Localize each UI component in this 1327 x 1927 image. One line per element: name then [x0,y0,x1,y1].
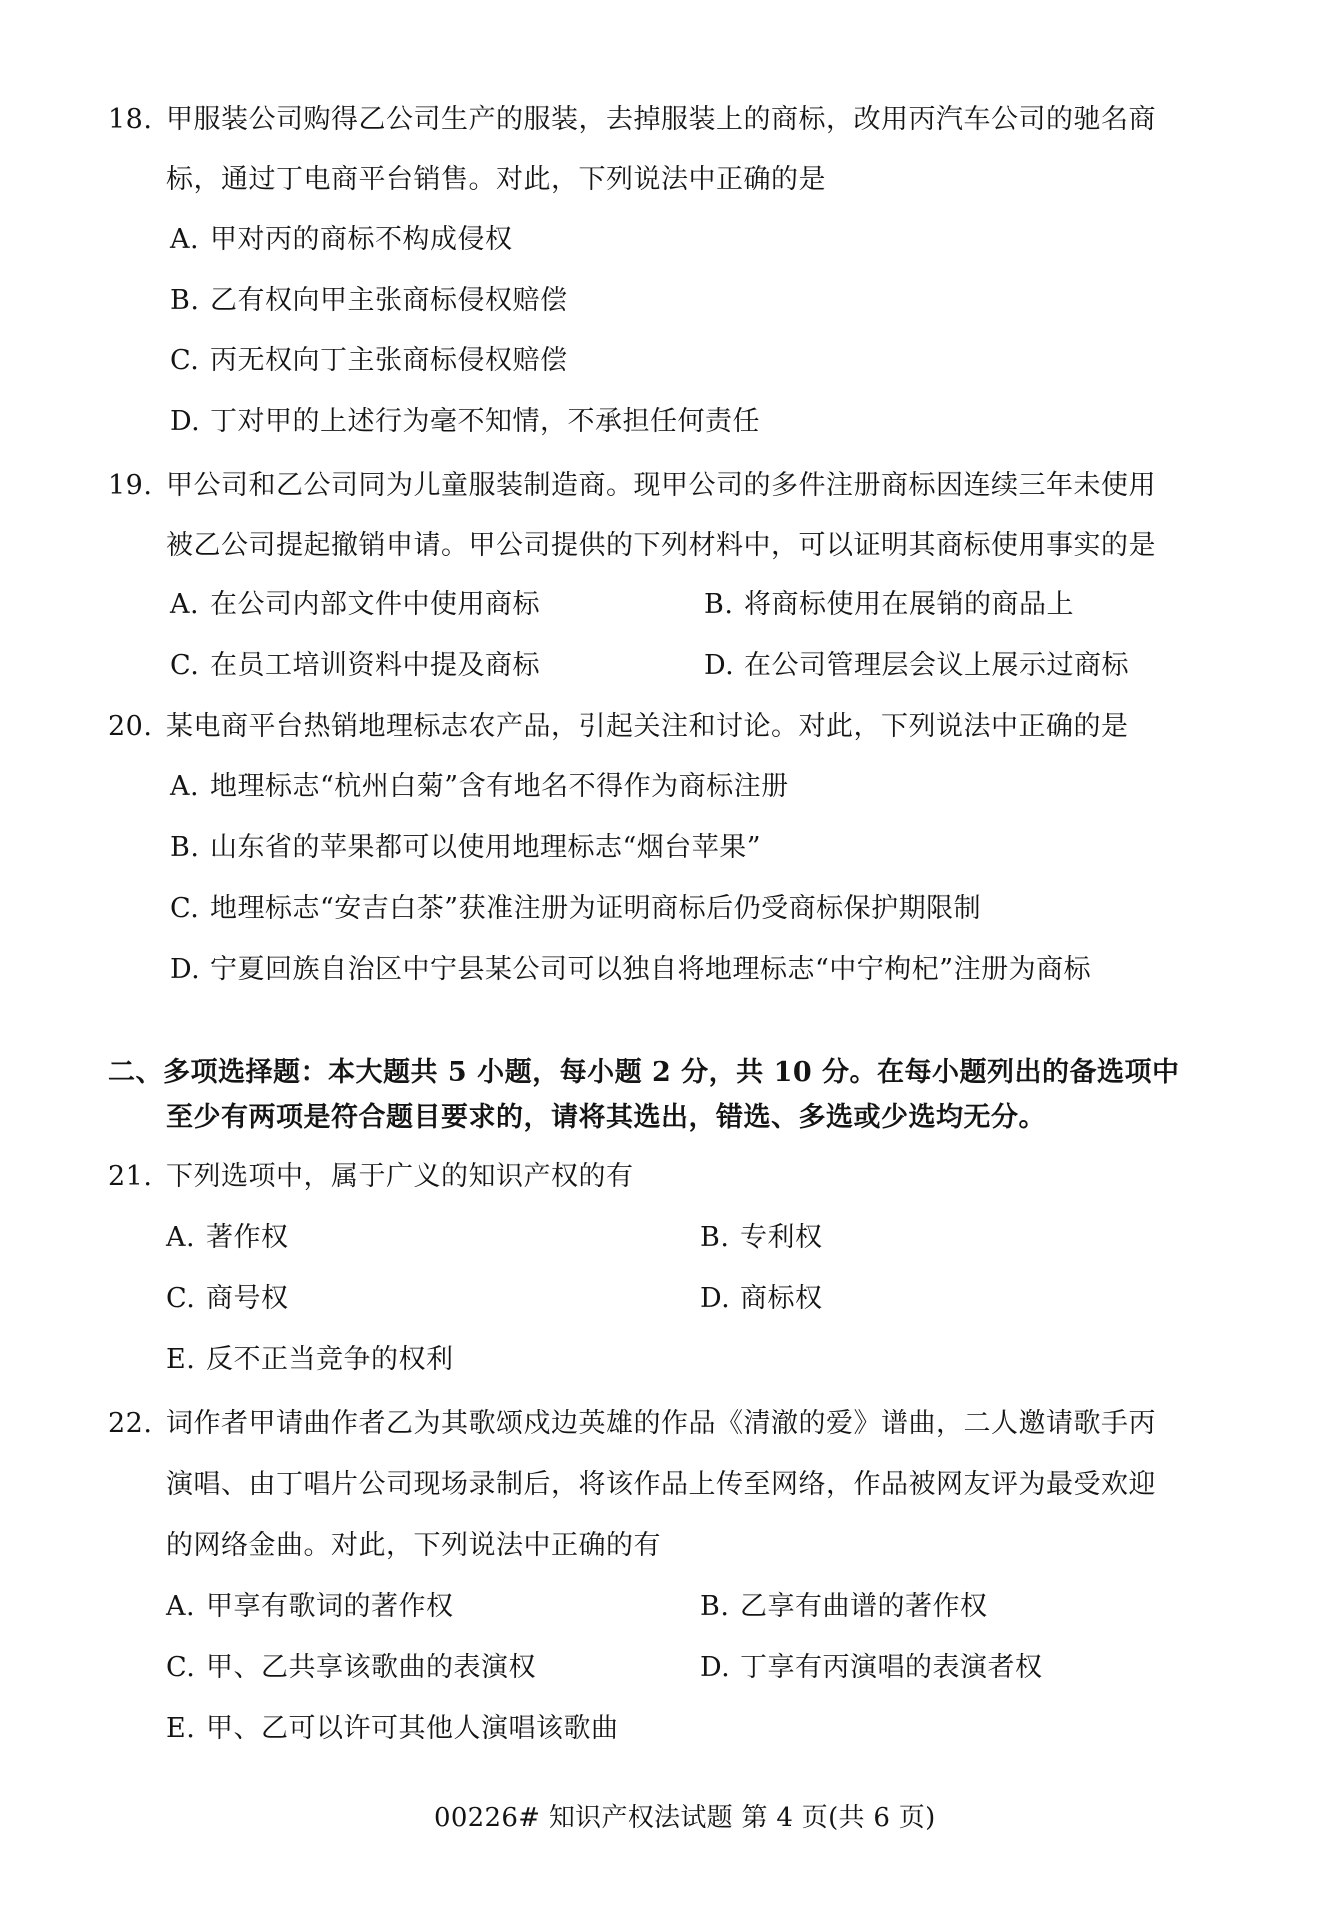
question-stem-line: 18.甲服装公司购得乙公司生产的服装，去掉服装上的商标，改用丙汽车公司的驰名商 [108,102,1156,138]
question-number: 21. [108,1159,166,1195]
option-d: D.丁对甲的上述行为毫不知情，不承担任何责任 [170,404,760,440]
option-b: B.专利权 [700,1220,823,1256]
option-c: C.甲、乙共享该歌曲的表演权 [166,1650,536,1686]
option-a: A.著作权 [166,1220,289,1256]
option-b: B.乙有权向甲主张商标侵权赔偿 [170,283,568,319]
option-b: B.山东省的苹果都可以使用地理标志“烟台苹果” [170,830,761,866]
option-e: E.反不正当竞争的权利 [166,1342,454,1378]
question-number: 18. [108,102,166,138]
option-a: A.甲享有歌词的著作权 [166,1589,454,1625]
option-e: E.甲、乙可以许可其他人演唱该歌曲 [166,1711,619,1747]
question-number: 20. [108,709,166,745]
option-d: D.商标权 [700,1281,823,1317]
section-heading-line: 至少有两项是符合题目要求的，请将其选出，错选、多选或少选均无分。 [166,1100,1046,1136]
question-stem-line: 20.某电商平台热销地理标志农产品，引起关注和讨论。对此，下列说法中正确的是 [108,709,1129,745]
question-stem-line: 的网络金曲。对此，下列说法中正确的有 [166,1528,661,1564]
option-c: C.地理标志“安吉白茶”获准注册为证明商标后仍受商标保护期限制 [170,891,981,927]
question-stem-line: 21.下列选项中，属于广义的知识产权的有 [108,1159,634,1195]
option-a: A.在公司内部文件中使用商标 [170,587,540,623]
question-stem-line: 19.甲公司和乙公司同为儿童服装制造商。现甲公司的多件注册商标因连续三年未使用 [108,468,1156,504]
question-stem-line: 被乙公司提起撤销申请。甲公司提供的下列材料中，可以证明其商标使用事实的是 [166,528,1156,564]
question-number: 19. [108,468,166,504]
option-d: D.在公司管理层会议上展示过商标 [704,648,1129,684]
section-heading-line: 二、多项选择题：本大题共 5 小题，每小题 2 分，共 10 分。在每小题列出的… [108,1055,1180,1091]
option-b: B.乙享有曲谱的著作权 [700,1589,988,1625]
option-c: C.丙无权向丁主张商标侵权赔偿 [170,343,568,379]
question-stem-line: 演唱、由丁唱片公司现场录制后，将该作品上传至网络，作品被网友评为最受欢迎 [166,1467,1156,1503]
option-d: D.丁享有丙演唱的表演者权 [700,1650,1043,1686]
option-a: A.地理标志“杭州白菊”含有地名不得作为商标注册 [170,769,789,805]
question-stem-line: 标，通过丁电商平台销售。对此，下列说法中正确的是 [166,162,826,198]
option-d: D.宁夏回族自治区中宁县某公司可以独自将地理标志“中宁枸杞”注册为商标 [170,952,1091,988]
option-a: A.甲对丙的商标不构成侵权 [170,222,513,258]
question-number: 22. [108,1406,166,1442]
option-b: B.将商标使用在展销的商品上 [704,587,1074,623]
option-c: C.在员工培训资料中提及商标 [170,648,540,684]
page-footer: 00226# 知识产权法试题 第 4 页(共 6 页) [434,1800,936,1836]
option-c: C.商号权 [166,1281,289,1317]
question-stem-line: 22.词作者甲请曲作者乙为其歌颂戍边英雄的作品《清澈的爱》谱曲，二人邀请歌手丙 [108,1406,1156,1442]
